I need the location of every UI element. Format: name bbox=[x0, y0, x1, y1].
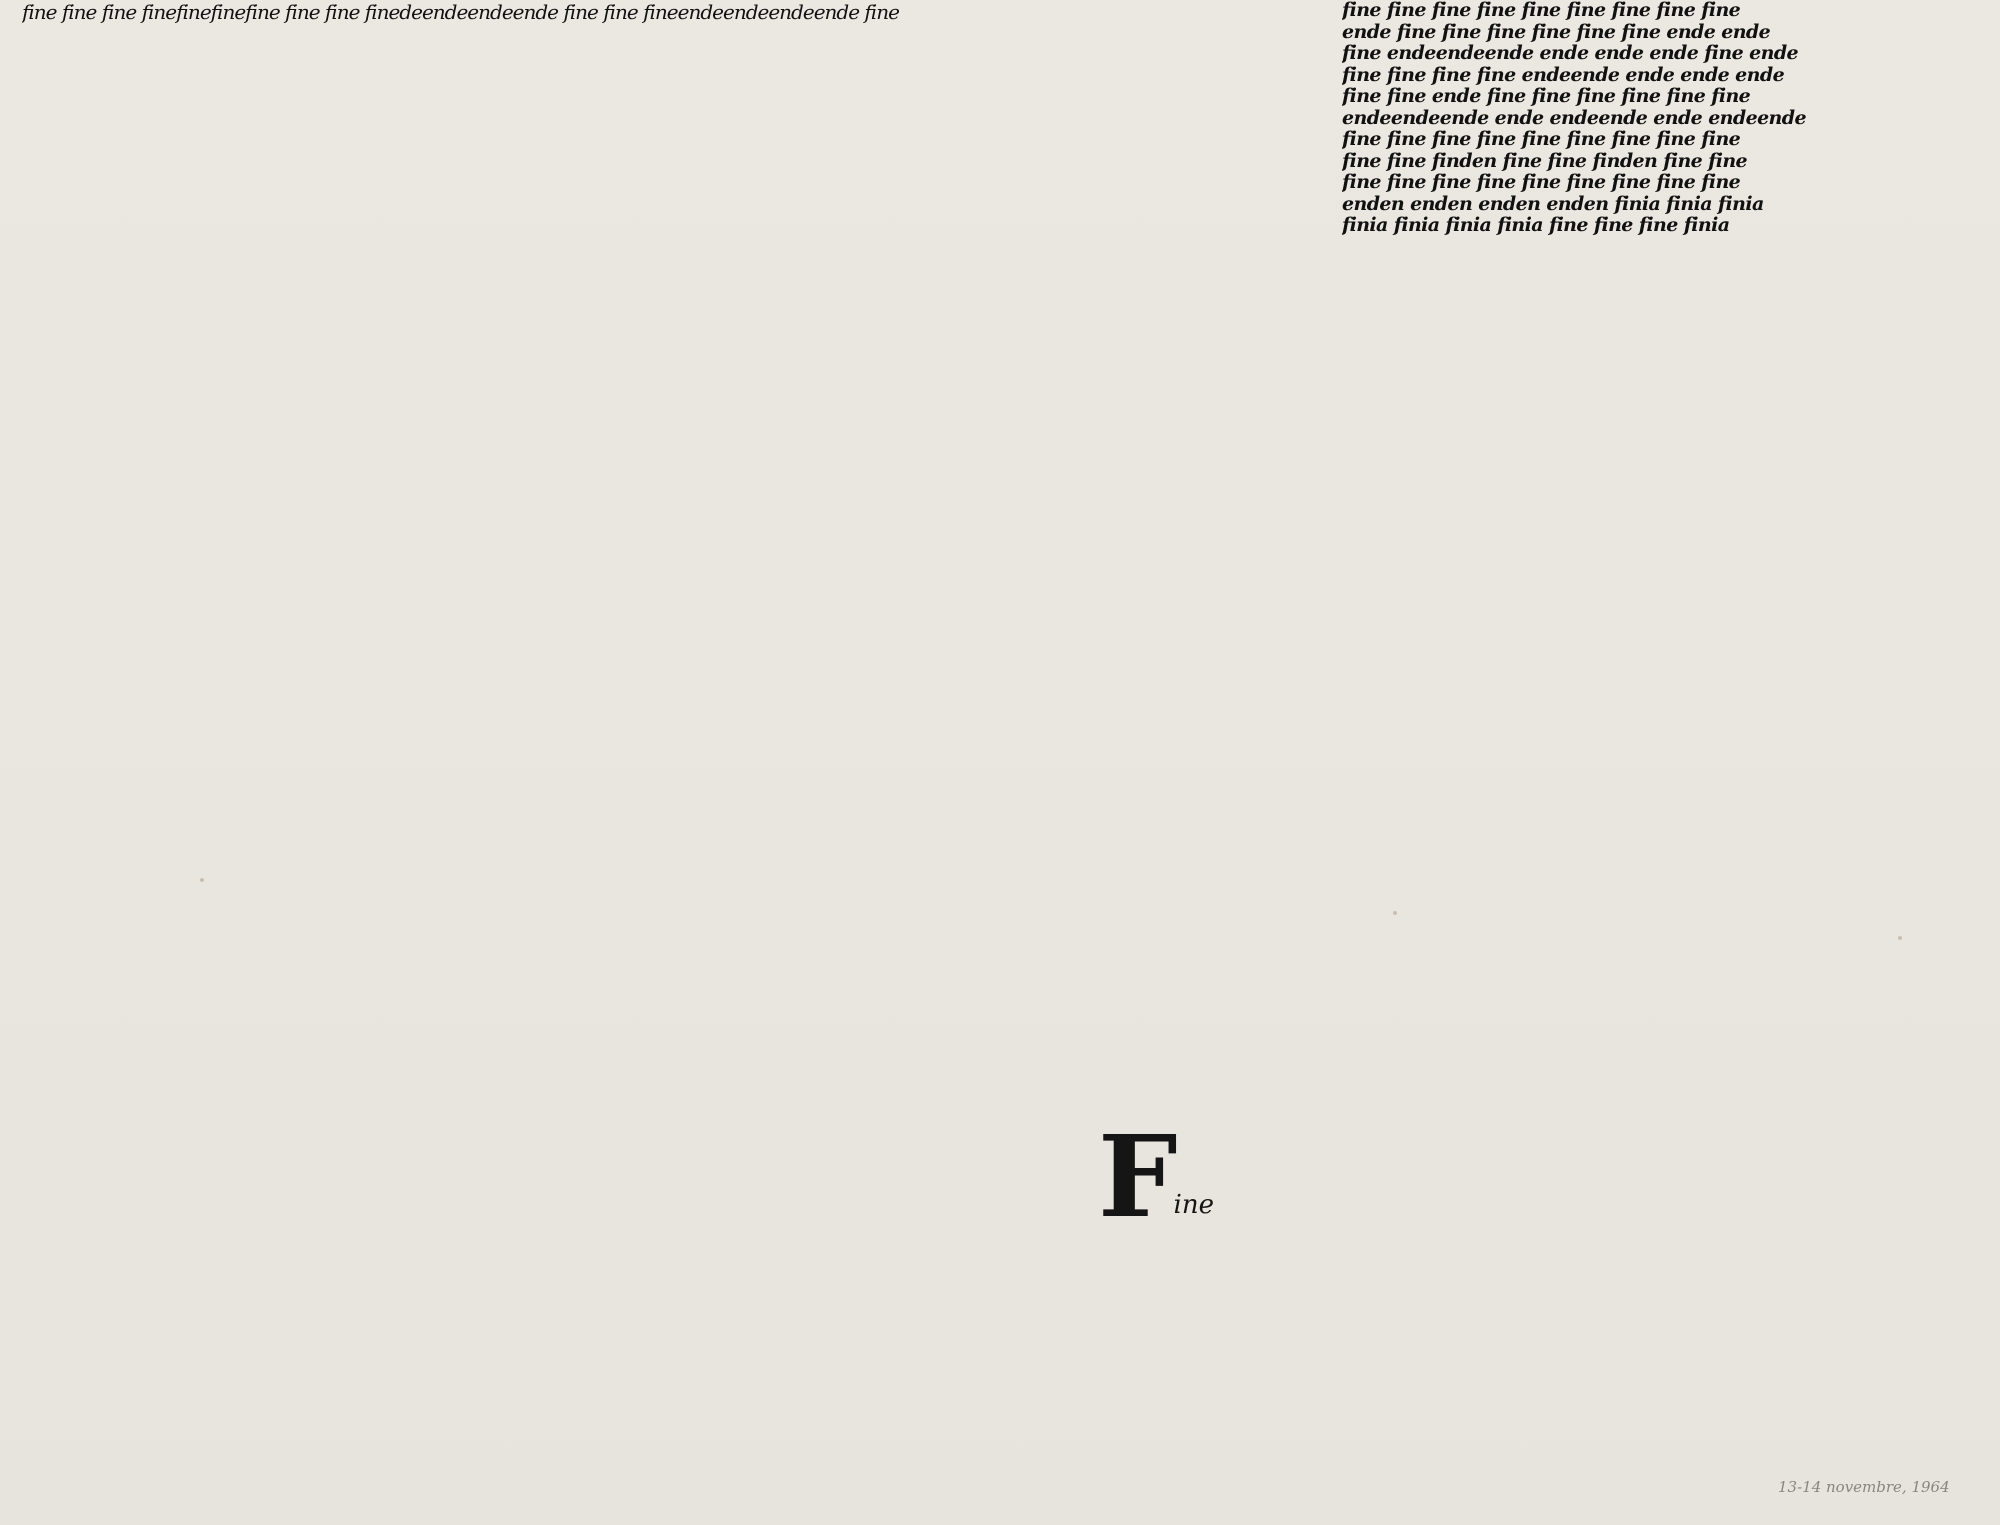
handwritten-top-line: fine fine fine finefinefinefine fine fin… bbox=[22, 2, 1342, 42]
text-line: endeendeende ende endeende ende endeende bbox=[1342, 108, 1994, 130]
text-line: finia finia finia finia fine fine fine f… bbox=[1342, 215, 1994, 237]
text-line: fine fine fine fine endeende ende ende e… bbox=[1342, 65, 1994, 87]
text-line: fine endeendeende ende ende ende fine en… bbox=[1342, 43, 1994, 65]
text-line: fine fine fine fine fine fine fine fine … bbox=[1342, 0, 1994, 22]
paper-speck bbox=[1898, 936, 1902, 940]
fine-centerpiece: F ine bbox=[1098, 1128, 1214, 1228]
text-line: fine fine fine fine fine fine fine fine … bbox=[1342, 172, 1994, 194]
handwritten-ine: ine bbox=[1174, 1190, 1214, 1220]
handwritten-text-block: fine fine fine fine fine fine fine fine … bbox=[1342, 0, 1994, 262]
text-line: ende fine fine fine fine fine fine ende … bbox=[1342, 22, 1994, 44]
date-inscription: 13-14 novembre, 1964 bbox=[1778, 1478, 1950, 1496]
text-line: enden enden enden enden finia finia fini… bbox=[1342, 194, 1994, 216]
paper-sheet: fine fine fine finefinefinefine fine fin… bbox=[0, 0, 2000, 1525]
text-line: fine fine ende fine fine fine fine fine … bbox=[1342, 86, 1994, 108]
paper-speck bbox=[1393, 911, 1397, 915]
text-line: fine fine fine fine fine fine fine fine … bbox=[1342, 129, 1994, 151]
paper-speck bbox=[200, 878, 204, 882]
stencil-capital-f: F bbox=[1098, 1128, 1178, 1228]
text-line: fine fine finden fine fine finden fine f… bbox=[1342, 151, 1994, 173]
